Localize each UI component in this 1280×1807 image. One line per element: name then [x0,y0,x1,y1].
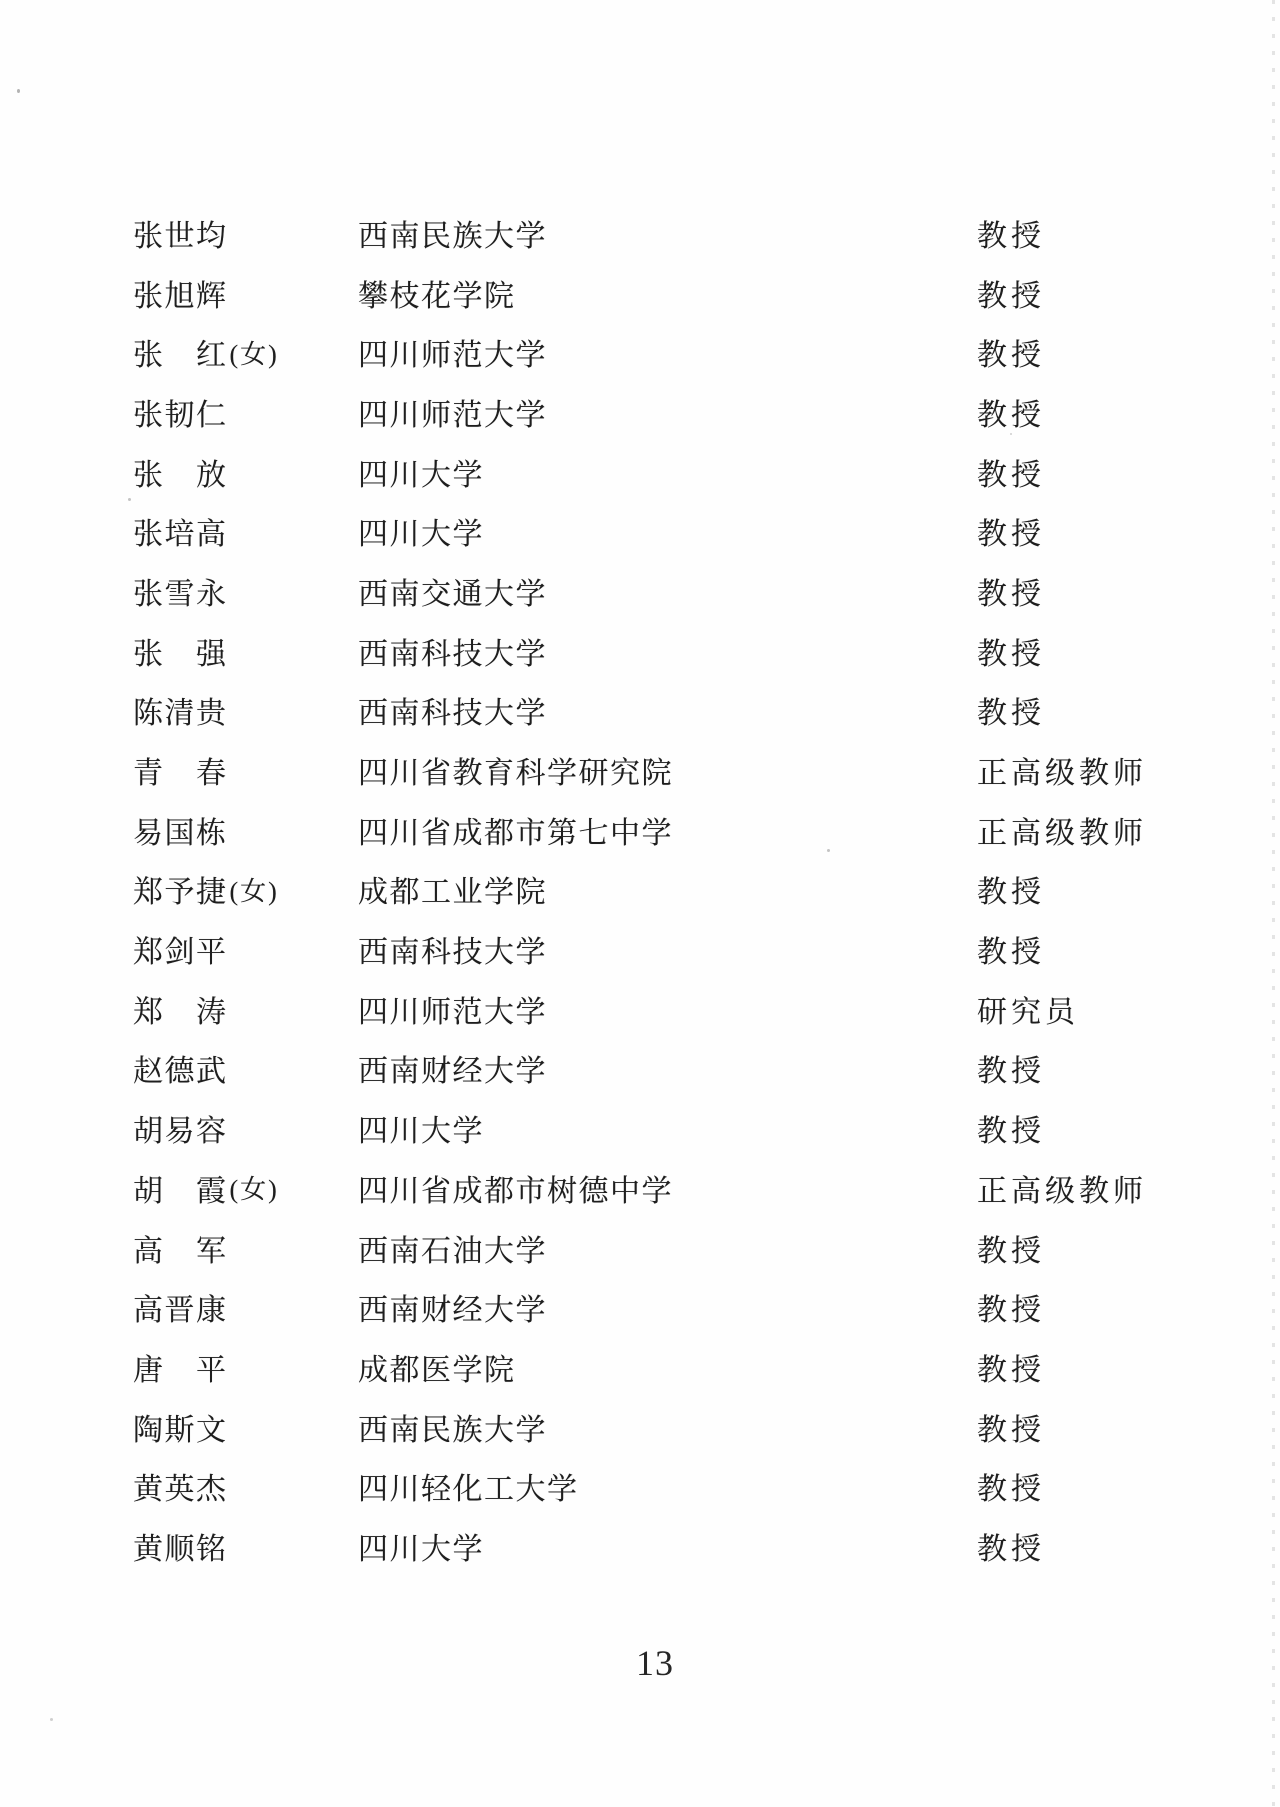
table-row: 胡易容 四川大学 教授 [0,1098,1280,1158]
job-title: 正高级教师 [977,808,1147,852]
institution: 西南科技大学 [358,688,547,732]
person-name: 郑予捷 [133,867,228,911]
name-cell: 郑 涛 [133,987,230,1031]
table-row: 高晋康 西南财经大学 教授 [0,1277,1280,1337]
table-row: 胡 霞 (女) 四川省成都市树德中学 正高级教师 [0,1158,1280,1218]
name-cell: 张 强 [133,629,230,673]
institution: 四川省成都市树德中学 [358,1166,673,1210]
person-name: 赵德武 [133,1046,228,1090]
person-name: 胡易容 [133,1106,228,1150]
gender-suffix: (女) [230,334,279,371]
name-cell: 胡易容 [133,1106,230,1150]
page-number: 13 [636,1642,674,1684]
name-cell: 黄顺铭 [133,1524,230,1568]
name-cell: 胡 霞 (女) [133,1166,279,1210]
institution: 攀枝花学院 [358,271,516,315]
name-cell: 张雪永 [133,569,230,613]
institution: 西南民族大学 [358,211,547,255]
job-title: 教授 [977,1046,1045,1090]
table-row: 陈清贵 西南科技大学 教授 [0,681,1280,741]
job-title: 教授 [977,390,1045,434]
table-row: 易国栋 四川省成都市第七中学 正高级教师 [0,800,1280,860]
person-name: 张 红 [133,330,228,374]
person-name: 郑剑平 [133,927,228,971]
scan-speck [50,1718,53,1721]
job-title: 教授 [977,1405,1045,1449]
name-cell: 郑予捷 (女) [133,867,279,911]
name-cell: 陈清贵 [133,688,230,732]
job-title: 教授 [977,330,1045,374]
table-row: 陶斯文 西南民族大学 教授 [0,1397,1280,1457]
table-row: 郑剑平 西南科技大学 教授 [0,919,1280,979]
institution: 四川大学 [358,1106,484,1150]
job-title: 教授 [977,509,1045,553]
table-row: 黄顺铭 四川大学 教授 [0,1516,1280,1576]
person-name: 高晋康 [133,1285,228,1329]
name-cell: 青 春 [133,748,230,792]
job-title: 教授 [977,271,1045,315]
table-row: 张雪永 西南交通大学 教授 [0,561,1280,621]
person-name: 高 军 [133,1226,228,1270]
gender-suffix: (女) [230,871,279,908]
person-name: 黄顺铭 [133,1524,228,1568]
table-row: 张 放 四川大学 教授 [0,442,1280,502]
job-title: 教授 [977,211,1045,255]
table-row: 赵德武 西南财经大学 教授 [0,1039,1280,1099]
table-row: 张韧仁 四川师范大学 教授 [0,382,1280,442]
job-title: 教授 [977,867,1045,911]
name-cell: 易国栋 [133,808,230,852]
table-row: 张培高 四川大学 教授 [0,501,1280,561]
institution: 西南科技大学 [358,629,547,673]
institution: 成都工业学院 [358,867,547,911]
scan-edge-artifact [1272,0,1275,1807]
institution: 四川大学 [358,509,484,553]
person-name: 陈清贵 [133,688,228,732]
institution: 四川省教育科学研究院 [358,748,673,792]
person-name: 张 放 [133,450,228,494]
name-cell: 郑剑平 [133,927,230,971]
job-title: 正高级教师 [977,748,1147,792]
institution: 西南民族大学 [358,1405,547,1449]
name-cell: 高 军 [133,1226,230,1270]
table-row: 郑 涛 四川师范大学 研究员 [0,979,1280,1039]
institution: 四川轻化工大学 [358,1464,579,1508]
person-name: 张雪永 [133,569,228,613]
table-row: 唐 平 成都医学院 教授 [0,1337,1280,1397]
scan-speck [17,89,20,93]
person-name: 胡 霞 [133,1166,228,1210]
name-cell: 赵德武 [133,1046,230,1090]
person-name: 张韧仁 [133,390,228,434]
job-title: 教授 [977,1345,1045,1389]
job-title: 教授 [977,688,1045,732]
name-cell: 张世均 [133,211,230,255]
person-name: 张旭辉 [133,271,228,315]
person-name: 张 强 [133,629,228,673]
institution: 四川师范大学 [358,390,547,434]
institution: 西南财经大学 [358,1285,547,1329]
name-cell: 张 放 [133,450,230,494]
job-title: 教授 [977,1226,1045,1270]
job-title: 教授 [977,450,1045,494]
job-title: 研究员 [977,987,1079,1031]
scan-speck [170,1302,172,1305]
table-row: 张旭辉 攀枝花学院 教授 [0,263,1280,323]
institution: 西南财经大学 [358,1046,547,1090]
person-name: 陶斯文 [133,1405,228,1449]
name-cell: 高晋康 [133,1285,230,1329]
job-title: 教授 [977,1524,1045,1568]
name-cell: 张培高 [133,509,230,553]
job-title: 教授 [977,1106,1045,1150]
name-cell: 陶斯文 [133,1405,230,1449]
job-title: 教授 [977,927,1045,971]
institution: 成都医学院 [358,1345,516,1389]
institution: 四川大学 [358,450,484,494]
job-title: 教授 [977,569,1045,613]
person-name: 黄英杰 [133,1464,228,1508]
institution: 四川师范大学 [358,987,547,1031]
person-name: 易国栋 [133,808,228,852]
institution: 四川大学 [358,1524,484,1568]
table-row: 张世均 西南民族大学 教授 [0,203,1280,263]
person-name: 张培高 [133,509,228,553]
name-cell: 唐 平 [133,1345,230,1389]
gender-suffix: (女) [230,1169,279,1206]
person-name: 唐 平 [133,1345,228,1389]
table-row: 郑予捷 (女) 成都工业学院 教授 [0,860,1280,920]
name-cell: 张 红 (女) [133,330,279,374]
personnel-list: 张世均 西南民族大学 教授 张旭辉 攀枝花学院 教授 张 红 (女) 四川师范大… [0,203,1280,1576]
table-row: 张 强 西南科技大学 教授 [0,621,1280,681]
table-row: 张 红 (女) 四川师范大学 教授 [0,322,1280,382]
name-cell: 黄英杰 [133,1464,230,1508]
institution: 西南石油大学 [358,1226,547,1270]
job-title: 教授 [977,1285,1045,1329]
scan-speck [827,849,830,852]
name-cell: 张旭辉 [133,271,230,315]
table-row: 青 春 四川省教育科学研究院 正高级教师 [0,740,1280,800]
job-title: 教授 [977,629,1045,673]
job-title: 教授 [977,1464,1045,1508]
institution: 四川省成都市第七中学 [358,808,673,852]
person-name: 张世均 [133,211,228,255]
scan-speck [128,498,131,501]
person-name: 青 春 [133,748,228,792]
institution: 西南交通大学 [358,569,547,613]
scan-speck [1010,433,1012,435]
scanned-document-page: 张世均 西南民族大学 教授 张旭辉 攀枝花学院 教授 张 红 (女) 四川师范大… [0,0,1280,1807]
table-row: 高 军 西南石油大学 教授 [0,1218,1280,1278]
table-row: 黄英杰 四川轻化工大学 教授 [0,1456,1280,1516]
name-cell: 张韧仁 [133,390,230,434]
person-name: 郑 涛 [133,987,228,1031]
institution: 四川师范大学 [358,330,547,374]
job-title: 正高级教师 [977,1166,1147,1210]
institution: 西南科技大学 [358,927,547,971]
